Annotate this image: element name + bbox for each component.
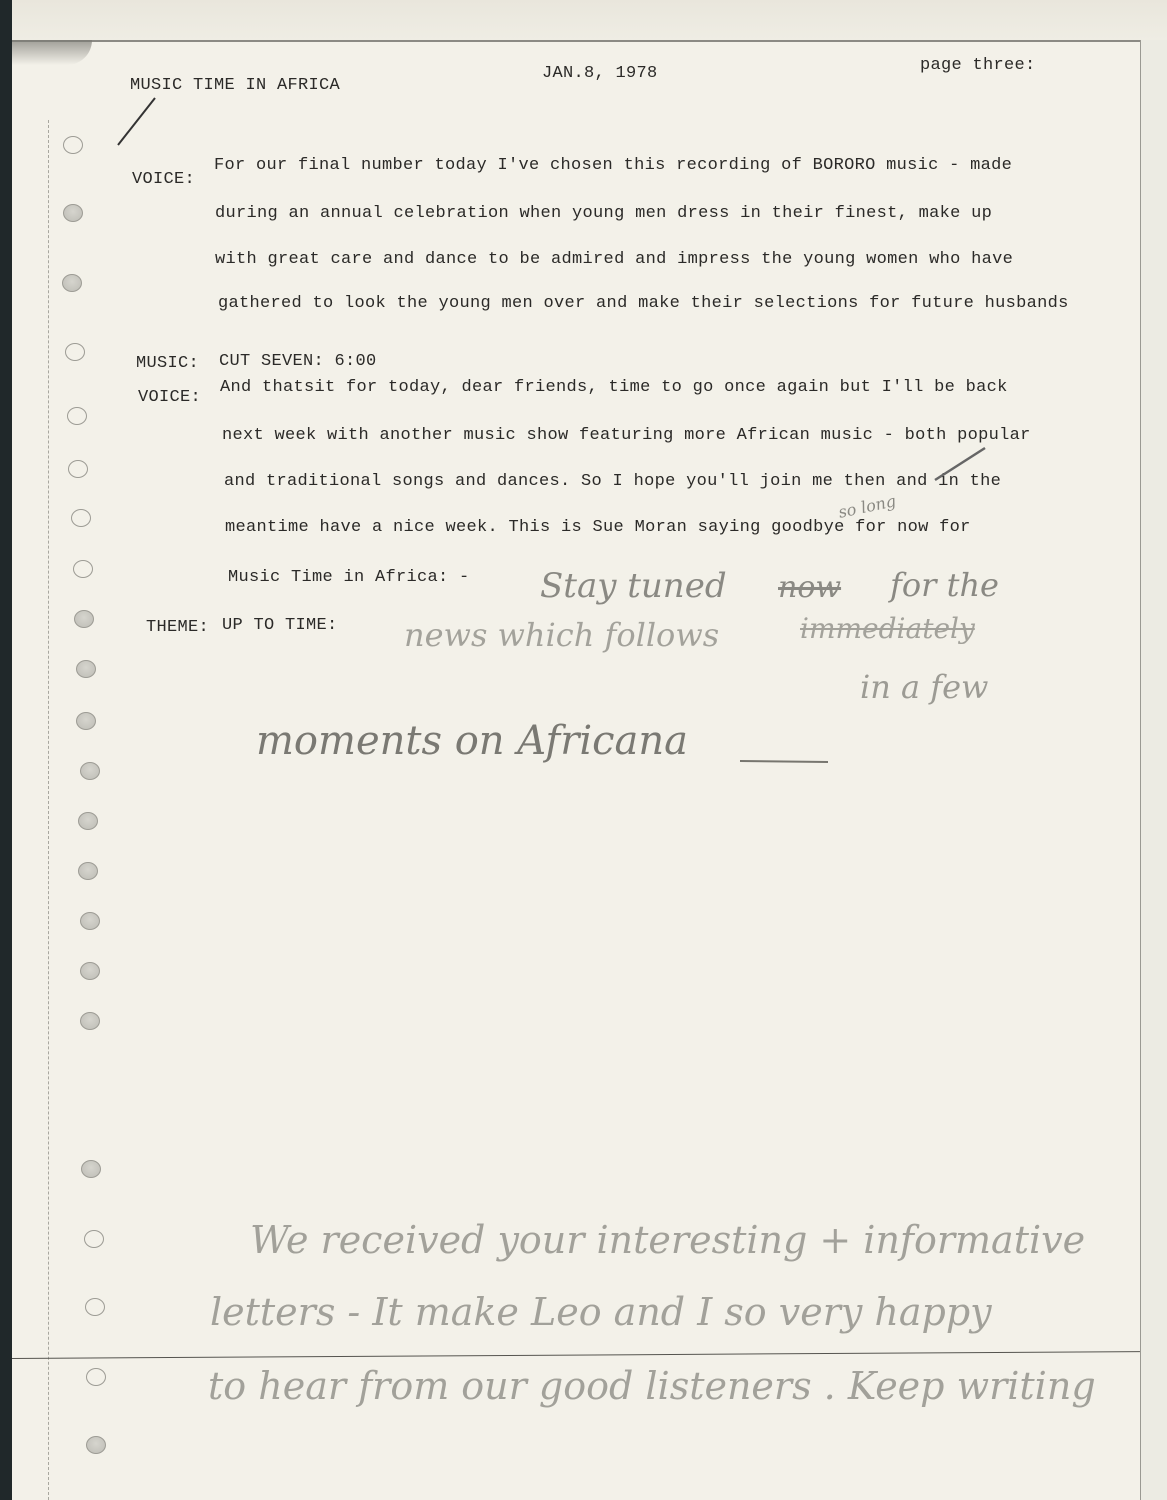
script-date: JAN.8, 1978 <box>542 64 658 83</box>
checkmark-annotation <box>110 95 160 155</box>
handwritten-line: Stay tuned <box>540 566 727 606</box>
script-line: and traditional songs and dances. So I h… <box>224 472 1001 491</box>
handwritten-underline <box>740 756 830 766</box>
underlying-page-edge <box>12 0 1167 42</box>
right-paper-edge <box>1140 40 1167 1500</box>
script-line: UP TO TIME: <box>222 616 338 635</box>
handwritten-line: for the <box>890 566 999 604</box>
script-line: during an annual celebration when young … <box>215 204 992 223</box>
cue-label: THEME: <box>146 618 209 637</box>
cue-label: VOICE: <box>138 388 201 407</box>
paper-shadow <box>12 40 92 65</box>
perforation-line <box>48 120 50 1500</box>
note-line: We received your interesting + informati… <box>250 1218 1085 1262</box>
program-title: MUSIC TIME IN AFRICA <box>130 76 340 95</box>
cue-label: MUSIC: <box>136 354 199 373</box>
cue-label: VOICE: <box>132 170 195 189</box>
handwritten-line: in a few <box>860 668 988 706</box>
script-line: And thatsit for today, dear friends, tim… <box>220 378 1008 397</box>
handwritten-struck-word: immediately <box>800 612 975 645</box>
handwritten-line: moments on Africana <box>256 718 688 764</box>
script-line: next week with another music show featur… <box>222 426 1031 445</box>
script-line: meantime have a nice week. This is Sue M… <box>225 518 971 537</box>
script-line: gathered to look the young men over and … <box>218 294 1069 313</box>
script-line: Music Time in Africa: - <box>228 568 470 587</box>
note-line: letters - It make Leo and I so very happ… <box>210 1290 992 1334</box>
script-line: CUT SEVEN: 6:00 <box>219 352 377 371</box>
strikethrough-mark <box>930 444 990 484</box>
script-line: For our final number today I've chosen t… <box>214 156 1012 175</box>
scan-border <box>0 0 12 1500</box>
handwritten-struck-word: now <box>778 570 841 605</box>
note-line: to hear from our good listeners . Keep w… <box>208 1364 1096 1408</box>
handwritten-line: news which follows <box>404 616 719 654</box>
page-number: page three: <box>920 56 1036 75</box>
script-line: with great care and dance to be admired … <box>215 250 1013 269</box>
